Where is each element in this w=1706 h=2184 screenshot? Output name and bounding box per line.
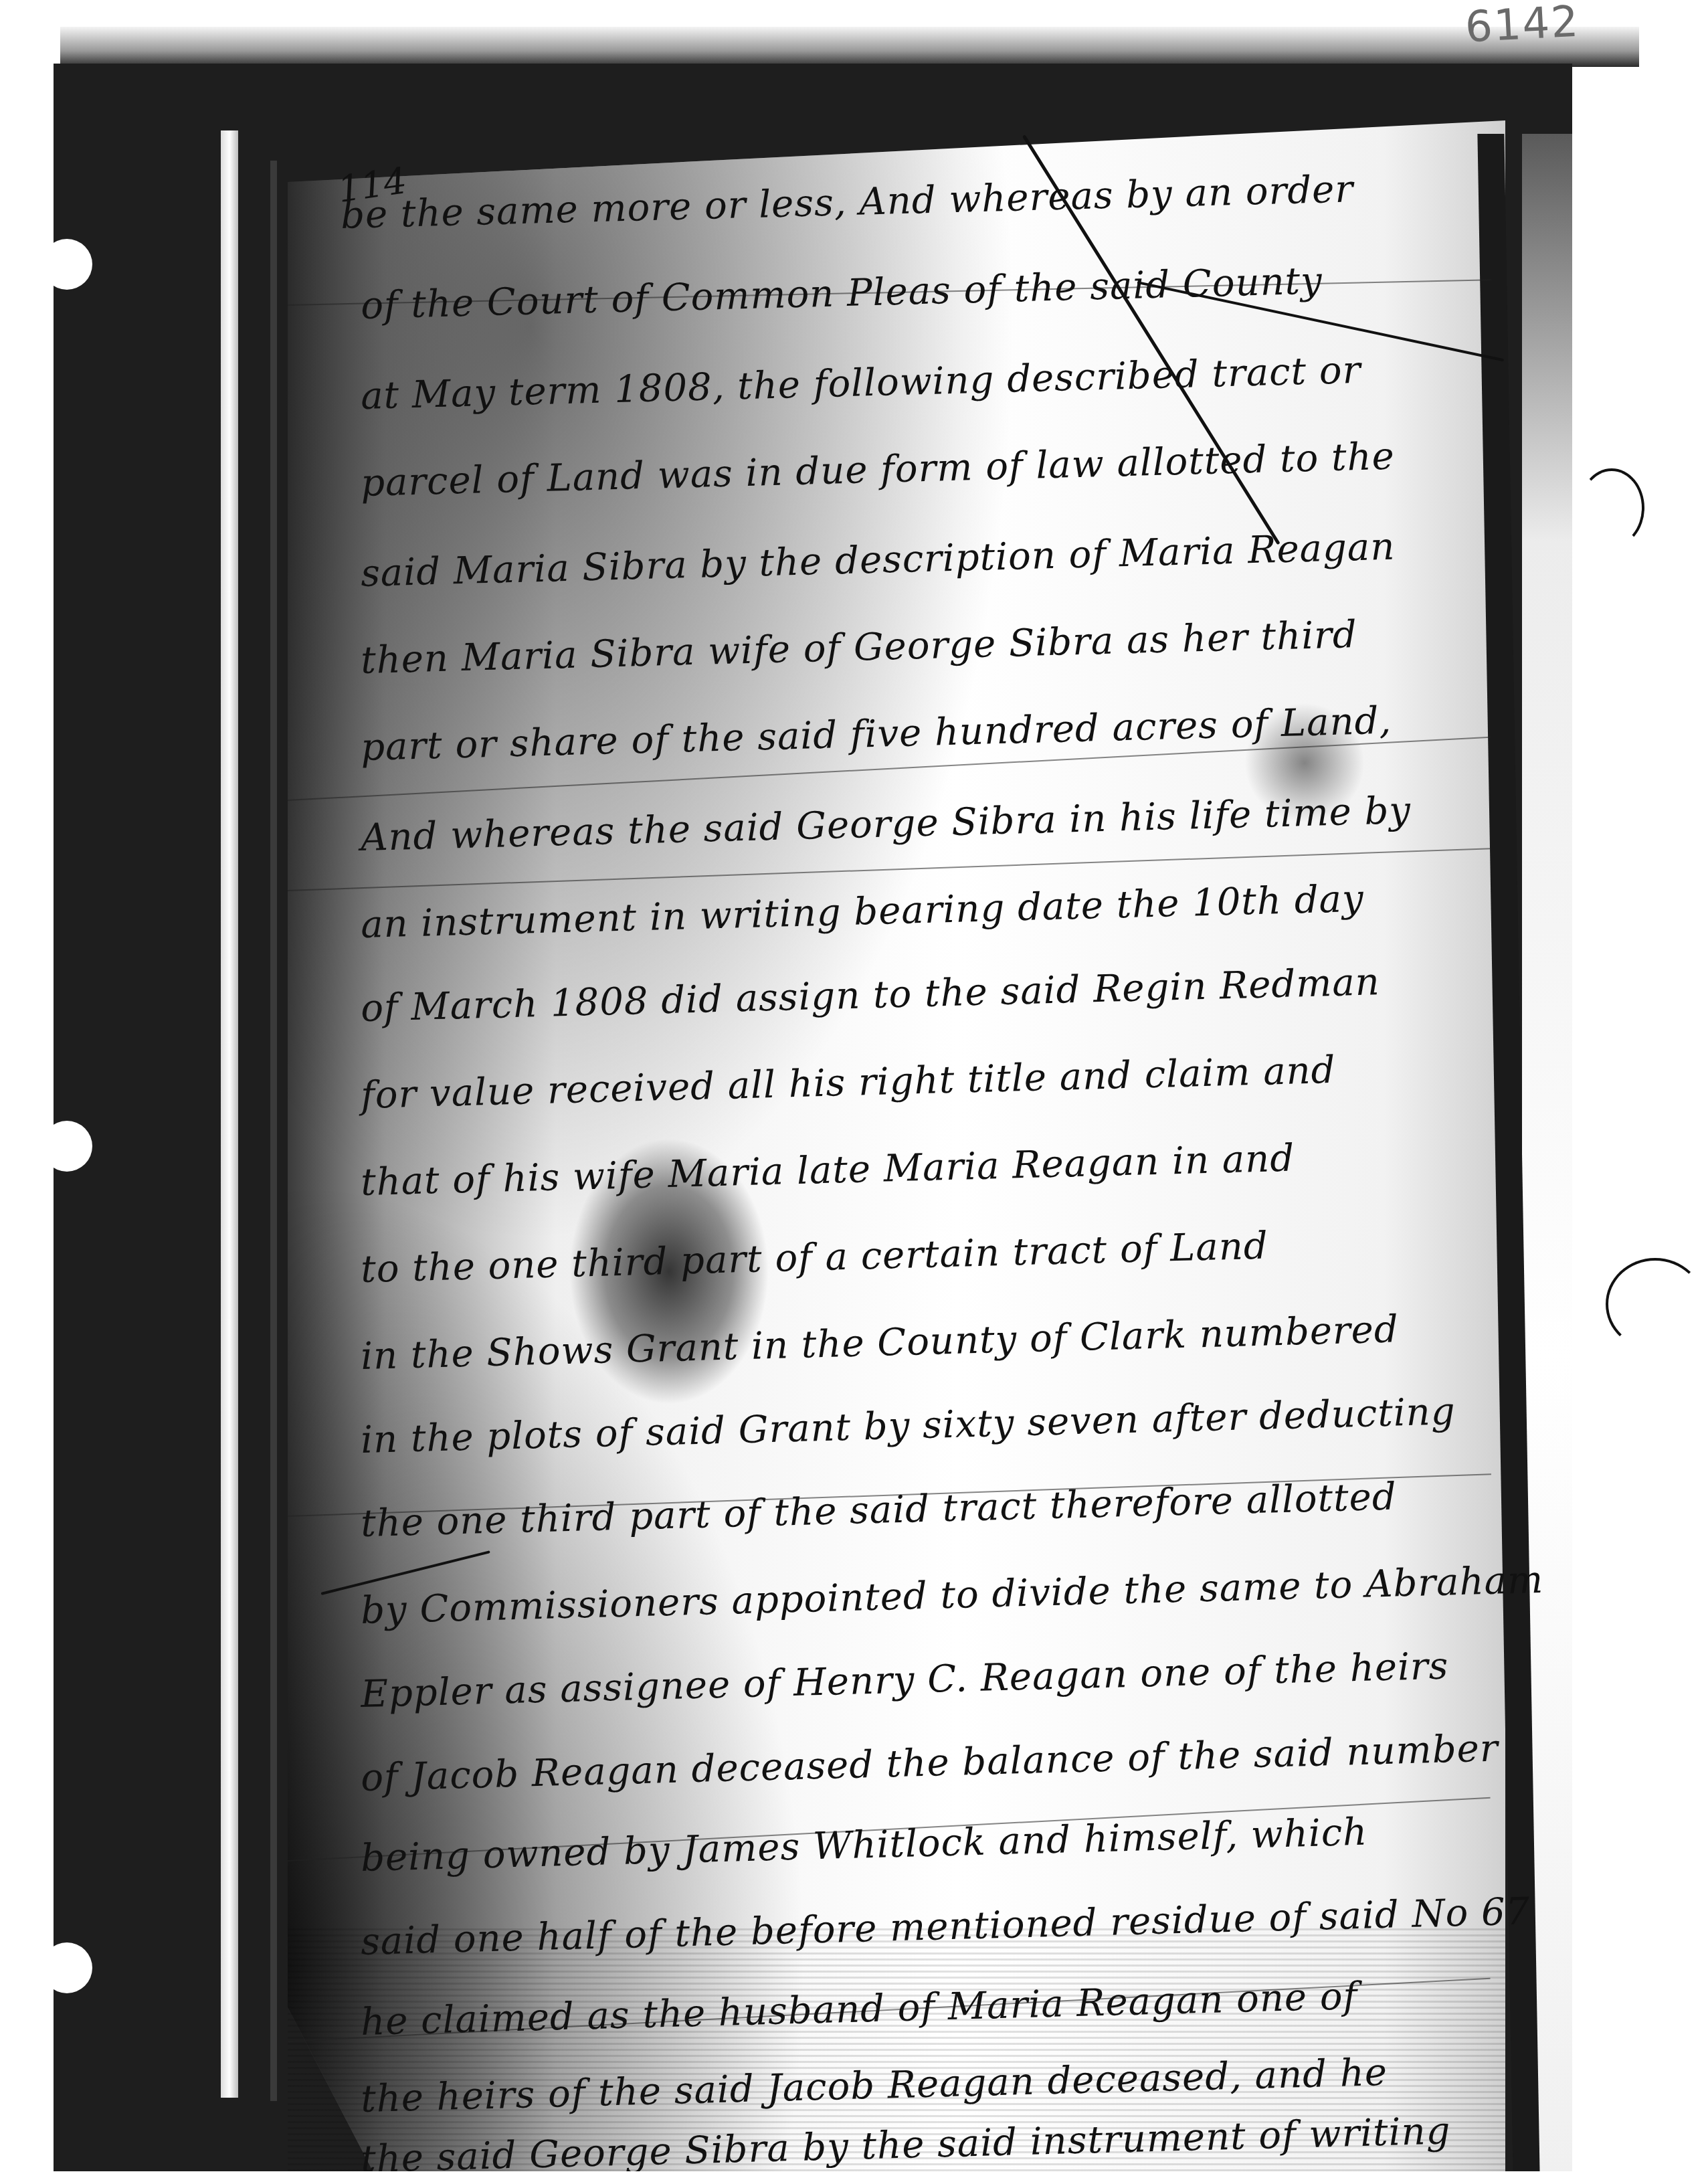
binding-strip <box>221 130 238 2098</box>
bottom-margin <box>0 2171 1706 2184</box>
margin-squiggle <box>1579 468 1644 547</box>
punch-hole-middle <box>41 1121 92 1172</box>
margin-squiggle <box>1606 1258 1705 1350</box>
punch-hole-top <box>41 239 92 290</box>
binding-shadow <box>270 161 277 2101</box>
punch-hole-bottom <box>41 1942 92 1993</box>
top-scan-shadow <box>60 27 1639 67</box>
page-stamp: 6142 <box>1464 0 1581 52</box>
